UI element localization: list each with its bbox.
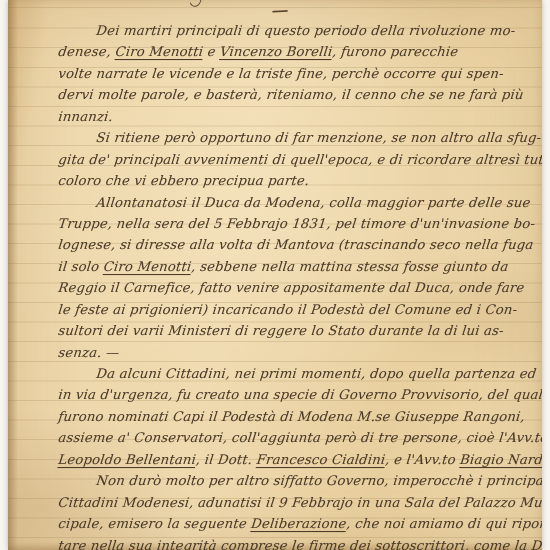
text-segment: Cittadini Modenesi, adunatisi il 9 Febbr… <box>57 496 542 511</box>
manuscript-line: gita de' principali avvenimenti di quell… <box>8 150 542 171</box>
manuscript-line: coloro che vi ebbero precipua parte. <box>8 171 542 192</box>
text-segment: , e l'Avv.to <box>384 453 461 468</box>
text-segment: assieme a' Conservatori, coll'aggiunta p… <box>57 431 542 446</box>
text-segment: in via d'urgenza, fu creato una specie d… <box>57 388 542 403</box>
underlined-name: Francesco Cialdini <box>256 453 386 468</box>
text-segment: Da alcuni Cittadini, nei primi momenti, … <box>95 367 537 382</box>
text-segment: le feste ai prigionieri) incaricando il … <box>57 303 518 318</box>
text-segment: sultori dei varii Ministeri di reggere l… <box>57 324 504 339</box>
manuscript-line: sultori dei varii Ministeri di reggere l… <box>8 321 542 342</box>
text-segment: innanzi. <box>57 110 113 125</box>
manuscript-line: Dei martiri principali di questo periodo… <box>8 21 542 42</box>
text-segment: Si ritiene però opportuno di far menzion… <box>95 131 542 146</box>
text-segment: volte narrate le vicende e la triste fin… <box>57 67 504 82</box>
manuscript-line: tare nella sua integrità comprese le fir… <box>8 536 542 550</box>
manuscript-line: volte narrate le vicende e la triste fin… <box>8 64 542 85</box>
underlined-name: Leopoldo Bellentani <box>57 453 196 468</box>
text-segment: lognese, si diresse alla volta di Mantov… <box>57 238 534 253</box>
text-segment: cipale, emisero la seguente <box>57 517 252 532</box>
scanned-document: — Dei martiri principali di questo perio… <box>0 0 550 550</box>
text-segment: Dei martiri principali di questo periodo… <box>95 24 516 39</box>
manuscript-line: Da alcuni Cittadini, nei primi momenti, … <box>8 364 542 385</box>
manuscript-line: Leopoldo Bellentani, il Dott. Francesco … <box>8 450 542 471</box>
manuscript-line: Si ritiene però opportuno di far menzion… <box>8 128 542 149</box>
text-segment: dervi molte parole, e basterà, riteniamo… <box>57 88 524 103</box>
manuscript-line: Allontanatosi il Duca da Modena, colla m… <box>8 193 542 214</box>
text-segment: , che noi amiamo di qui ripor- <box>345 517 542 532</box>
text-segment: denese, <box>57 45 116 60</box>
manuscript-line: in via d'urgenza, fu creato una specie d… <box>8 385 542 406</box>
manuscript-line: innanzi. <box>8 107 542 128</box>
text-segment: coloro che vi ebbero precipua parte. <box>57 174 310 189</box>
underlined-name: Vincenzo Borelli <box>219 45 333 60</box>
text-segment: furono nominati Capi il Podestà di Moden… <box>57 410 525 425</box>
text-segment: Reggio il Carnefice, fatto venire apposi… <box>57 281 525 296</box>
manuscript-line: cipale, emisero la seguente Deliberazion… <box>8 514 542 535</box>
manuscript-line: Truppe, nella sera del 5 Febbrajo 1831, … <box>8 214 542 235</box>
text-segment: e <box>202 45 221 60</box>
manuscript-text: Dei martiri principali di questo periodo… <box>8 21 542 550</box>
text-segment: , il Dott. <box>195 453 258 468</box>
underlined-name: Ciro Menotti <box>103 260 193 275</box>
text-segment: Non durò molto per altro siffatto Govern… <box>95 474 542 489</box>
manuscript-page: — Dei martiri principali di questo perio… <box>8 0 542 550</box>
manuscript-line: senza. — <box>8 343 542 364</box>
manuscript-line: Cittadini Modenesi, adunatisi il 9 Febbr… <box>8 493 542 514</box>
text-segment: senza. — <box>57 346 120 361</box>
text-segment: tare nella sua integrità comprese le fir… <box>57 539 542 550</box>
text-segment: , sebbene nella mattina stessa fosse giu… <box>190 260 509 275</box>
manuscript-line: dervi molte parole, e basterà, riteniamo… <box>8 85 542 106</box>
text-segment: gita de' principali avvenimenti di quell… <box>57 153 542 168</box>
manuscript-line: lognese, si diresse alla volta di Mantov… <box>8 235 542 256</box>
text-segment: il solo <box>57 260 104 275</box>
manuscript-line: Reggio il Carnefice, fatto venire apposi… <box>8 278 542 299</box>
underlined-name: Deliberazione <box>250 517 347 532</box>
section-separator-dash: — <box>266 2 293 19</box>
manuscript-line: assieme a' Conservatori, coll'aggiunta p… <box>8 428 542 449</box>
manuscript-line: furono nominati Capi il Podestà di Moden… <box>8 407 542 428</box>
manuscript-line: denese, Ciro Menotti e Vincenzo Borelli,… <box>8 42 542 63</box>
manuscript-line: il solo Ciro Menotti, sebbene nella matt… <box>8 257 542 278</box>
text-segment: , furono parecchie <box>331 45 459 60</box>
text-segment: Allontanatosi il Duca da Modena, colla m… <box>95 196 531 211</box>
underlined-name: Ciro Menotti <box>115 45 205 60</box>
text-segment: Truppe, nella sera del 5 Febbrajo 1831, … <box>57 217 536 232</box>
underlined-name: Biagio Nardi <box>459 453 542 468</box>
manuscript-line: Non durò molto per altro siffatto Govern… <box>8 471 542 492</box>
manuscript-line: le feste ai prigionieri) incaricando il … <box>8 300 542 321</box>
